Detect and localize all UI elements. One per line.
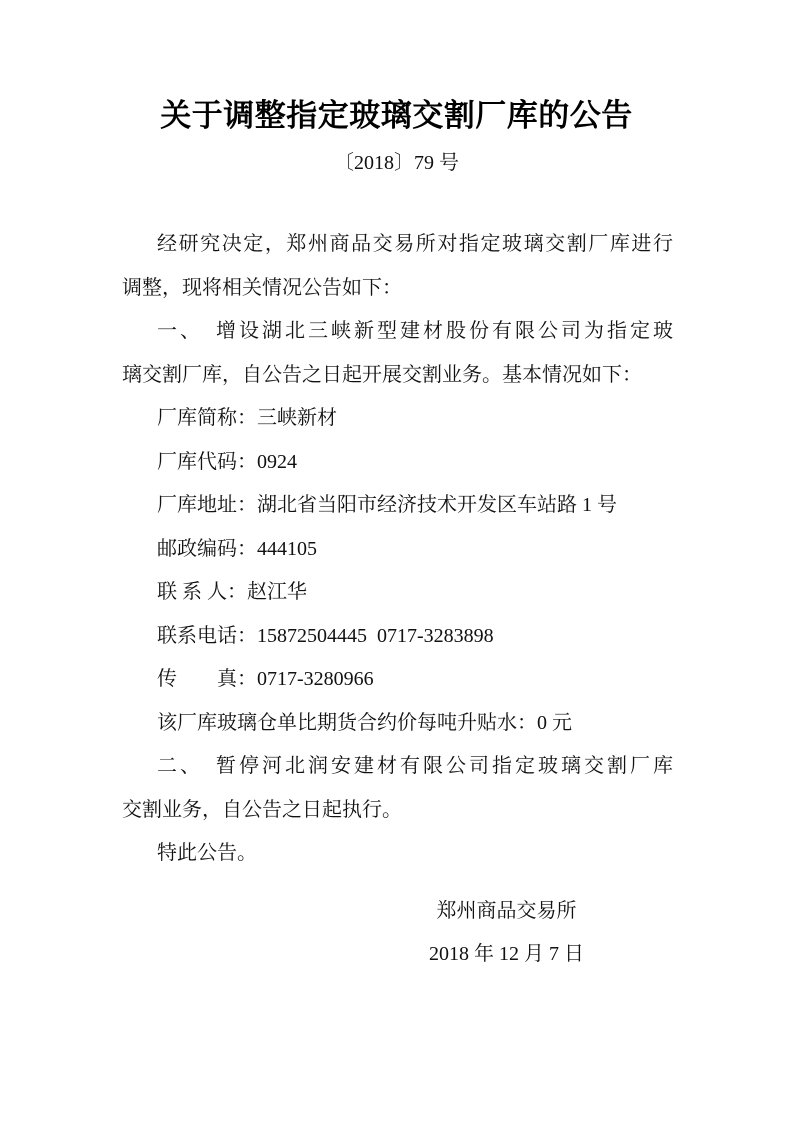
body-line: 厂库代码：0924	[122, 441, 673, 485]
document-page: 关于调整指定玻璃交割厂库的公告 〔2018〕79 号 经研究决定，郑州商品交易所…	[0, 0, 793, 1122]
body-line: 一、 增设湖北三峡新型建材股份有限公司为指定玻	[122, 310, 673, 354]
signature-date: 2018 年 12 月 7 日	[429, 933, 584, 977]
body-line: 璃交割厂库，自公告之日起开展交割业务。基本情况如下：	[122, 354, 673, 398]
body-line: 该厂库玻璃仓单比期货合约价每吨升贴水：0 元	[122, 702, 673, 746]
document-number: 〔2018〕79 号	[0, 148, 793, 178]
body-line: 经研究决定，郑州商品交易所对指定玻璃交割厂库进行	[122, 223, 673, 267]
signature-org: 郑州商品交易所	[437, 890, 577, 934]
body-line: 交割业务，自公告之日起执行。	[122, 789, 673, 833]
body-line: 二、 暂停河北润安建材有限公司指定玻璃交割厂库	[122, 745, 673, 789]
body-line: 特此公告。	[122, 832, 673, 876]
body-line: 传 真：0717-3280966	[122, 658, 673, 702]
document-title: 关于调整指定玻璃交割厂库的公告	[0, 94, 793, 138]
signature-block: 郑州商品交易所 2018 年 12 月 7 日	[429, 890, 584, 977]
body-line: 厂库简称：三峡新材	[122, 397, 673, 441]
body-line: 邮政编码：444105	[122, 528, 673, 572]
body-line: 联 系 人：赵江华	[122, 571, 673, 615]
body-line: 调整，现将相关情况公告如下：	[122, 267, 673, 311]
document-body: 经研究决定，郑州商品交易所对指定玻璃交割厂库进行调整，现将相关情况公告如下：一、…	[0, 223, 793, 876]
body-line: 厂库地址：湖北省当阳市经济技术开发区车站路 1 号	[122, 484, 673, 528]
body-line: 联系电话：15872504445 0717-3283898	[122, 615, 673, 659]
